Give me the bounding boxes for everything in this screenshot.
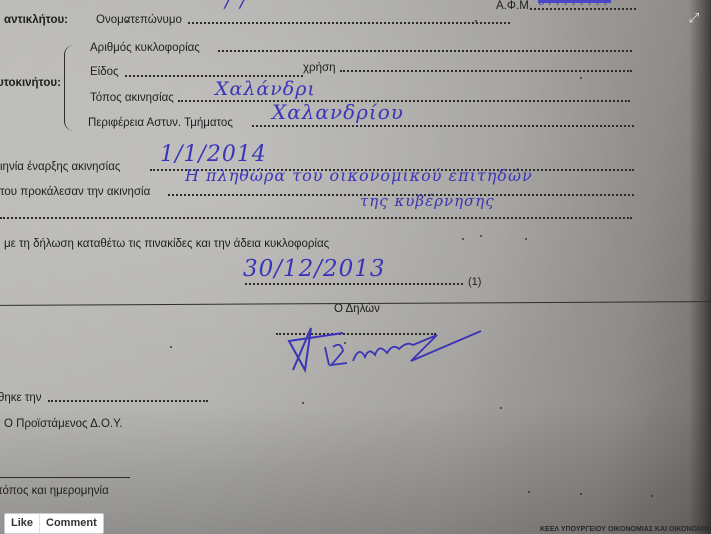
comment-button[interactable]: Comment (39, 514, 103, 533)
deposit-statement: με τη δήλωση καταθέτω τις πινακίδες και … (4, 238, 329, 250)
reason-label: του προκάλεσαν την ακινησία (0, 186, 150, 198)
photo-actions-bar: Like Comment (4, 513, 104, 534)
declarant-label: Ο Δηλών (334, 303, 380, 315)
vehicle-section-label: υτοκινήτου: (0, 77, 61, 89)
like-button[interactable]: Like (5, 514, 39, 533)
paper-speck (462, 238, 464, 240)
full-name-label: Ονοματεπώνυμο (96, 14, 182, 26)
plate-number-label: Αριθμός κυκλοφορίας (90, 42, 200, 54)
start-date-value: 1/1/2014 (160, 142, 267, 167)
reason-line-2 (0, 217, 632, 219)
immobility-place-label: Τόπος ακινησίας (90, 92, 174, 104)
received-line (48, 400, 208, 402)
paper-speck (344, 342, 346, 344)
immobility-place-value: Χαλάνδρι (215, 78, 316, 100)
police-district-value: Χαλανδρίου (272, 100, 404, 124)
full-name-line (188, 22, 510, 24)
use-label: χρήση (303, 62, 335, 74)
declaration-date-line (245, 283, 463, 285)
police-district-label: Περιφέρεια Αστυν. Τμήματος (88, 117, 233, 129)
paper-speck (126, 20, 128, 22)
vehicle-brace (64, 45, 77, 131)
afm-value-crossed: 0???????? (538, 0, 611, 9)
start-date-label: ιηνία έναρξης ακινησίας (0, 161, 120, 173)
reason-value-line1: Η πληθώρα του οικονομικού επιτηδών (185, 166, 533, 185)
paper-speck (475, 20, 477, 22)
footnote-ref: (1) (468, 276, 481, 288)
type-label: Είδος (90, 66, 119, 78)
paper-speck (580, 77, 582, 79)
police-district-line (252, 125, 634, 127)
contact-section-label: αντικλήτου: (4, 14, 68, 26)
bottom-shade (0, 404, 711, 534)
handwriting-top-partial: / / (225, 0, 248, 12)
paper-speck (480, 235, 482, 237)
signature (283, 325, 493, 375)
expand-arrows-icon[interactable]: ⤢ (687, 11, 701, 25)
paper-speck (525, 238, 527, 240)
plate-number-line (218, 50, 632, 52)
afm-label: Α.Φ.Μ. (496, 0, 532, 12)
received-label: θηκε την (0, 392, 42, 404)
reason-value-line2: της κυβέρνησης (360, 192, 495, 210)
paper-speck (170, 346, 172, 348)
use-line (340, 70, 632, 72)
type-line (125, 75, 303, 77)
declaration-date-value: 30/12/2013 (243, 256, 386, 282)
immobility-place-line (178, 100, 630, 102)
